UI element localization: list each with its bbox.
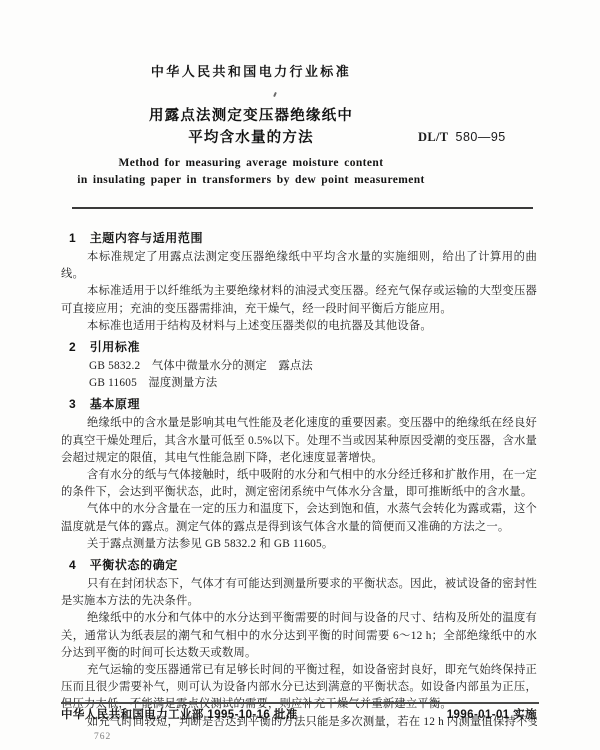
standard-number: DL/T 580—95 [418,130,506,145]
document-title-english-line2: in insulating paper in transformers by d… [21,174,481,186]
paragraph: 气体中的水分含量在一定的压力和温度下，会达到饱和值，水蒸气会转化为露或霜，这个温… [61,501,537,535]
scan-speck-mark [273,92,277,97]
page-number: 762 [94,732,111,742]
document-title-english-line1: Method for measuring average moisture co… [21,157,481,169]
section-heading-4: 4平衡状态的确定 [61,557,537,574]
section-number: 2 [69,339,76,356]
paragraph: 含有水分的纸与气体接触时，纸中吸附的水分和气相中的水分经迁移和扩散作用，在一定的… [61,467,537,501]
section-title: 引用标准 [90,340,140,354]
document-page: 中华人民共和国电力行业标准 用露点法测定变压器绝缘纸中 平均含水量的方法 Met… [0,0,600,750]
standard-number-prefix: DL/T [418,130,448,144]
implementation-date: 1996-01-01 实施 [447,706,537,722]
section-heading-3: 3基本原理 [61,396,537,413]
approval-statement: 中华人民共和国电力工业部 1995-10-16 批准 [61,706,298,722]
paragraph: 只有在封闭状态下，气体才有可能达到测量所要求的平衡状态。因此，被试设备的密封性是… [61,576,537,610]
section-title: 基本原理 [90,397,140,411]
paragraph: 本标准适用于以纤维纸为主要绝缘材料的油浸式变压器。经充气保存或运输的大型变压器可… [61,283,537,317]
paragraph: 绝缘纸中的含水量是影响其电气性能及老化速度的重要因素。变压器中的绝缘纸在经良好的… [61,415,537,467]
section-heading-2: 2引用标准 [61,339,537,356]
section-number: 4 [69,557,76,574]
section-number: 3 [69,396,76,413]
paragraph: 本标准规定了用露点法测定变压器绝缘纸中平均含水量的实施细则，给出了计算用的曲线。 [61,249,537,283]
document-title-line2: 平均含水量的方法 [61,126,441,147]
document-title-line1: 用露点法测定变压器绝缘纸中 [61,104,441,125]
paragraph: 本标准也适用于结构及材料与上述变压器类似的电抗器及其他设备。 [61,318,537,335]
section-title: 主题内容与适用范围 [90,231,203,245]
paragraph: 关于露点测量方法参见 GB 5832.2 和 GB 11605。 [61,536,537,553]
section-heading-1: 1主题内容与适用范围 [61,230,537,247]
document-body: 1主题内容与适用范围 本标准规定了用露点法测定变压器绝缘纸中平均含水量的实施细则… [61,226,537,731]
section-number: 1 [69,230,76,247]
header-divider-rule [72,207,533,209]
section-title: 平衡状态的确定 [90,558,178,572]
referenced-standard: GB 11605 湿度测量方法 [61,375,537,392]
standard-number-value: 580—95 [456,130,506,144]
referenced-standard: GB 5832.2 气体中微量水分的测定 露点法 [61,358,537,375]
standard-category-label: 中华人民共和国电力行业标准 [61,61,441,80]
footer-divider-rule [61,702,539,704]
paragraph: 绝缘纸中的水分和气体中的水分达到平衡需要的时间与设备的尺寸、结构及所处的温度有关… [61,610,537,662]
